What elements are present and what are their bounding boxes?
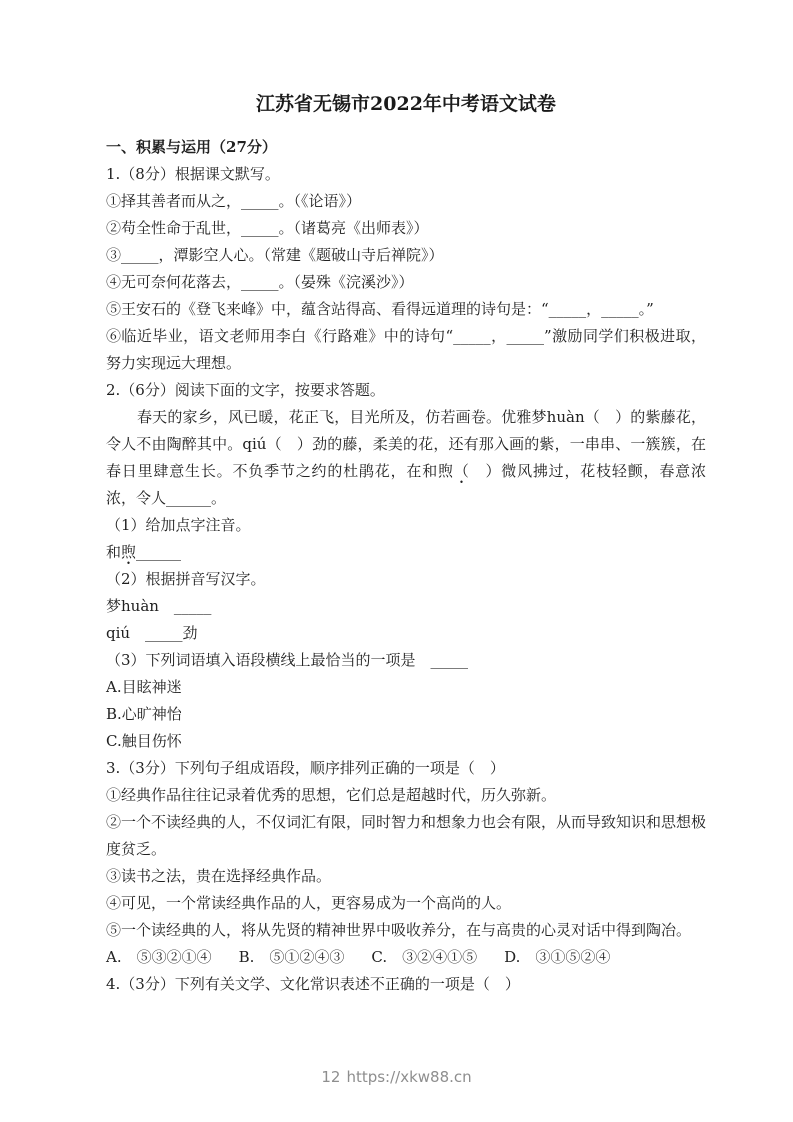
q2-option-c: C.触目伤怀: [106, 728, 706, 755]
q2-sub3-label: （3）下列词语填入语段横线上最恰当的一项是 _____: [106, 647, 706, 674]
q3-option-d: D. ③①⑤②④: [504, 948, 610, 966]
q3-option-a: A. ⑤③②①④: [106, 948, 212, 966]
q1-item-6: ⑥临近毕业，语文老师用李白《行路难》中的诗句“_____，_____”激励同学们…: [106, 323, 706, 377]
q3-option-c: C. ③②④①⑤: [371, 948, 477, 966]
exam-page: 江苏省无锡市2022年中考语文试卷 一、积累与运用（27分） 1.（8分）根据课…: [106, 92, 706, 998]
q3-sentence-5: ⑤一个读经典的人，将从先贤的精神世界中吸收养分，在与高贵的心灵对话中得到陶冶。: [106, 917, 706, 944]
q1-item-2: ②苟全性命于乱世，_____。（诸葛亮《出师表》）: [106, 215, 706, 242]
q4-stem: 4.（3分）下列有关文学、文化常识表述不正确的一项是（ ）: [106, 971, 706, 998]
q2-stem: 2.（6分）阅读下面的文字，按要求答题。: [106, 377, 706, 404]
page-title: 江苏省无锡市2022年中考语文试卷: [106, 92, 706, 116]
q3-options-row: A. ⑤③②①④B. ⑤①②④③C. ③②④①⑤D. ③①⑤②④: [106, 944, 706, 971]
q1-item-4: ④无可奈何花落去，_____。（晏殊《浣溪沙》）: [106, 269, 706, 296]
q2-option-b: B.心旷神怡: [106, 701, 706, 728]
q2-passage: 春天的家乡，风已暖，花正飞，目光所及，仿若画卷。优雅梦huàn（ ）的紫藤花，令…: [106, 404, 706, 512]
footer-url: https://xkw88.cn: [346, 1068, 471, 1086]
q2-sub1-answer-line: 和煦______: [106, 539, 706, 566]
q2-sub1-blank: ______: [136, 543, 181, 561]
q2-sub2-label: （2）根据拼音写汉字。: [106, 566, 706, 593]
q1-item-1: ①择其善者而从之，_____。（《论语》）: [106, 188, 706, 215]
q1-stem: 1.（8分）根据课文默写。: [106, 161, 706, 188]
q3-stem: 3.（3分）下列句子组成语段，顺序排列正确的一项是（ ）: [106, 755, 706, 782]
q2-sub2-item-2: qiú _____劲: [106, 620, 706, 647]
q2-option-a: A.目眩神迷: [106, 674, 706, 701]
footer-page-number: 12: [321, 1068, 340, 1086]
q3-sentence-3: ③读书之法，贵在选择经典作品。: [106, 863, 706, 890]
q3-sentence-1: ①经典作品往往记录着优秀的思想，它们总是超越时代，历久弥新。: [106, 782, 706, 809]
q2-sub1-word-prefix: 和: [106, 543, 121, 561]
q2-passage-dotted-char: 煦: [438, 462, 454, 480]
page-footer: 12https://xkw88.cn: [0, 1068, 793, 1086]
q2-sub1-label: （1）给加点字注音。: [106, 512, 706, 539]
q3-sentence-2: ②一个不读经典的人，不仅词汇有限，同时智力和想象力也会有限，从而导致知识和思想极…: [106, 809, 706, 863]
q2-sub1-dotted-char: 煦: [121, 543, 136, 561]
q2-sub2-item-1: 梦huàn _____: [106, 593, 706, 620]
section-heading: 一、积累与运用（27分）: [106, 134, 706, 161]
q3-sentence-4: ④可见，一个常读经典作品的人，更容易成为一个高尚的人。: [106, 890, 706, 917]
q1-item-3: ③_____，潭影空人心。（常建《题破山寺后禅院》）: [106, 242, 706, 269]
q3-option-b: B. ⑤①②④③: [239, 948, 345, 966]
q1-item-5: ⑤王安石的《登飞来峰》中，蕴含站得高、看得远道理的诗句是：“_____，____…: [106, 296, 706, 323]
